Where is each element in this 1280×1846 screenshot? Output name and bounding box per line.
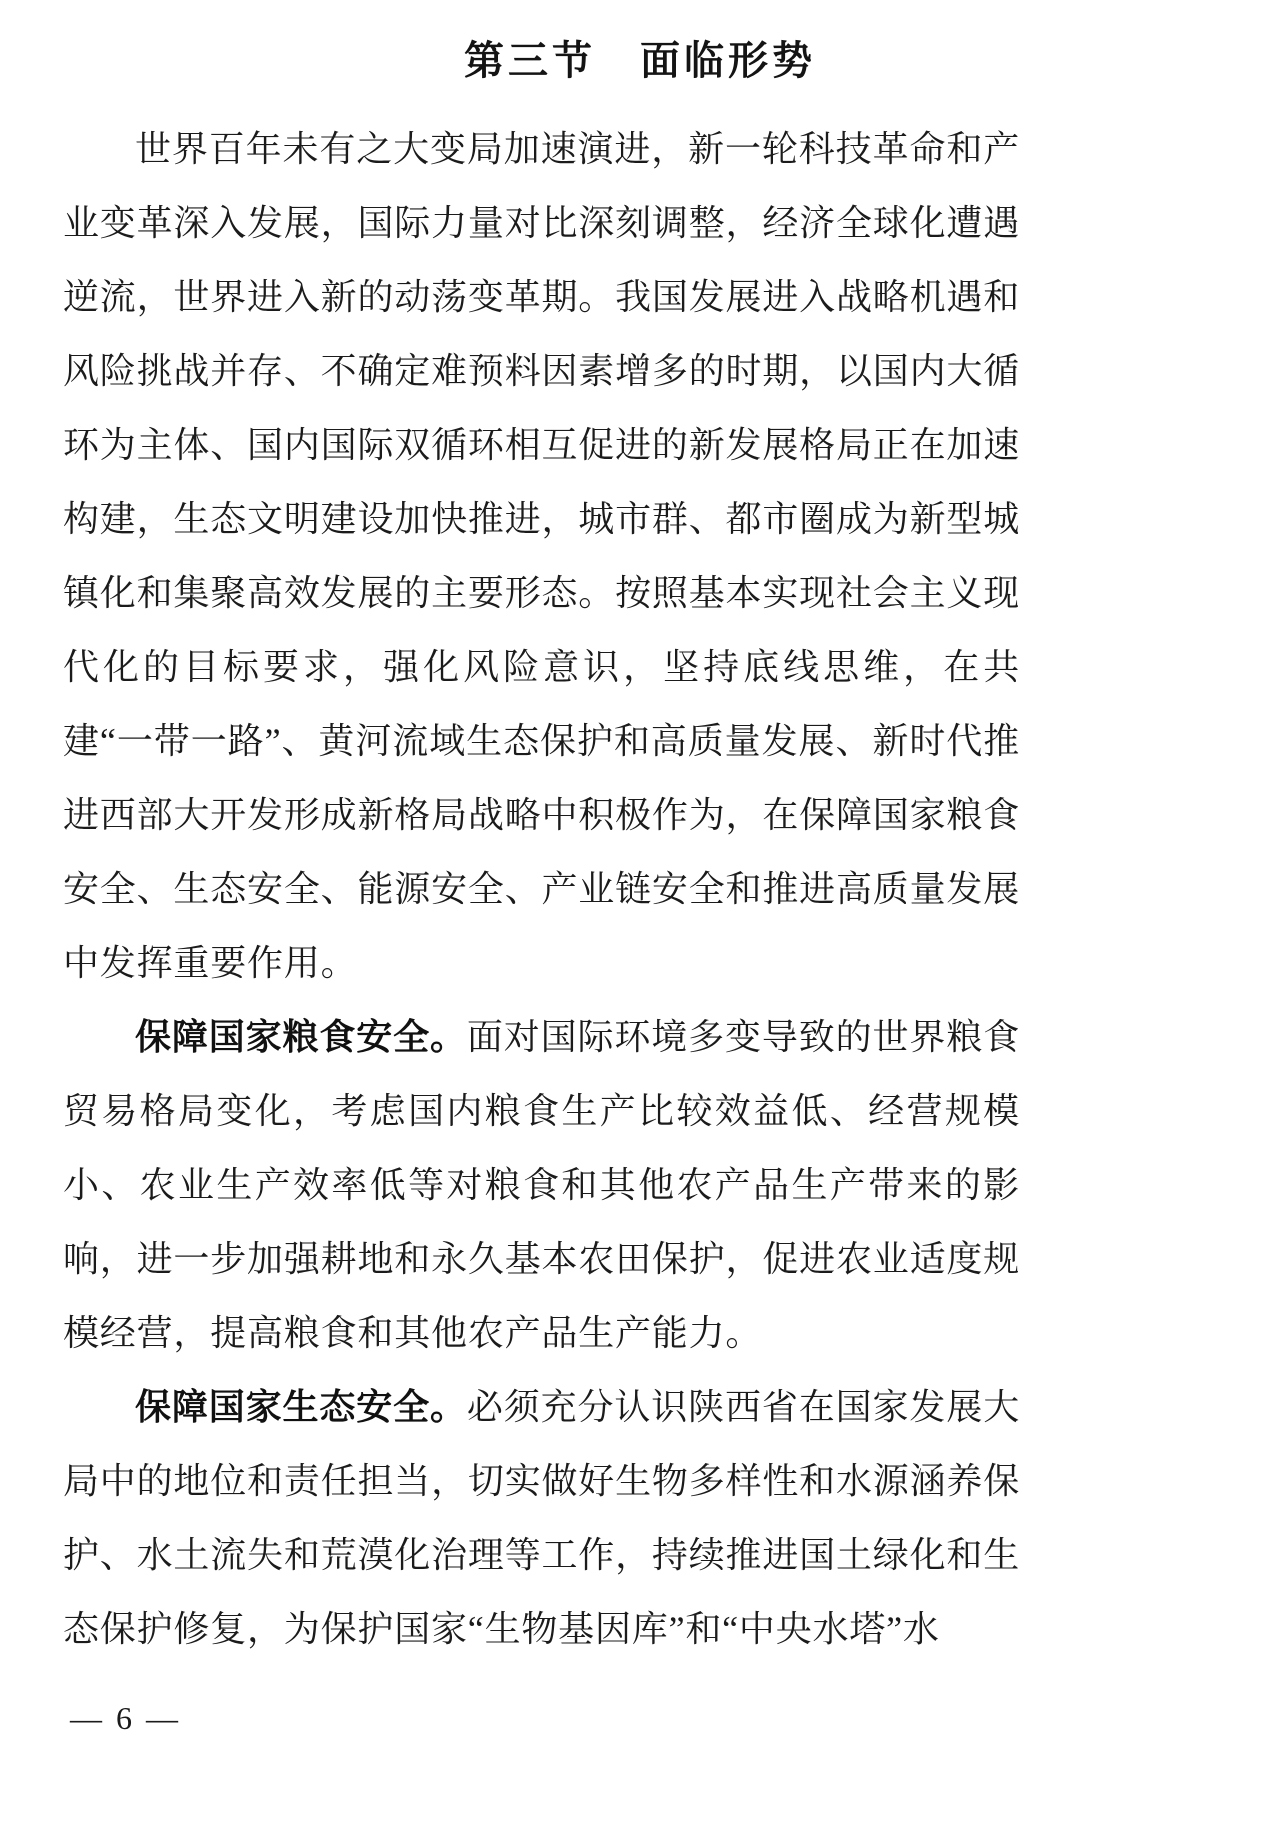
document-body: 世界百年未有之大变局加速演进，新一轮科技革命和产业变革深入发展，国际力量对比深刻… [63, 112, 1020, 1666]
paragraph: 世界百年未有之大变局加速演进，新一轮科技革命和产业变革深入发展，国际力量对比深刻… [63, 112, 1020, 1000]
paragraph: 保障国家粮食安全。面对国际环境多变导致的世界粮食贸易格局变化，考虑国内粮食生产比… [63, 1000, 1020, 1370]
document-page: 第三节 面临形势 世界百年未有之大变局加速演进，新一轮科技革命和产业变革深入发展… [0, 0, 1280, 1846]
paragraph: 保障国家生态安全。必须充分认识陕西省在国家发展大局中的地位和责任担当，切实做好生… [63, 1370, 1020, 1666]
paragraph-lead: 保障国家粮食安全。 [135, 1017, 467, 1057]
page-number: — 6 — [70, 1700, 181, 1737]
paragraph-lead: 保障国家生态安全。 [135, 1387, 467, 1427]
section-title: 第三节 面临形势 [0, 0, 1280, 84]
